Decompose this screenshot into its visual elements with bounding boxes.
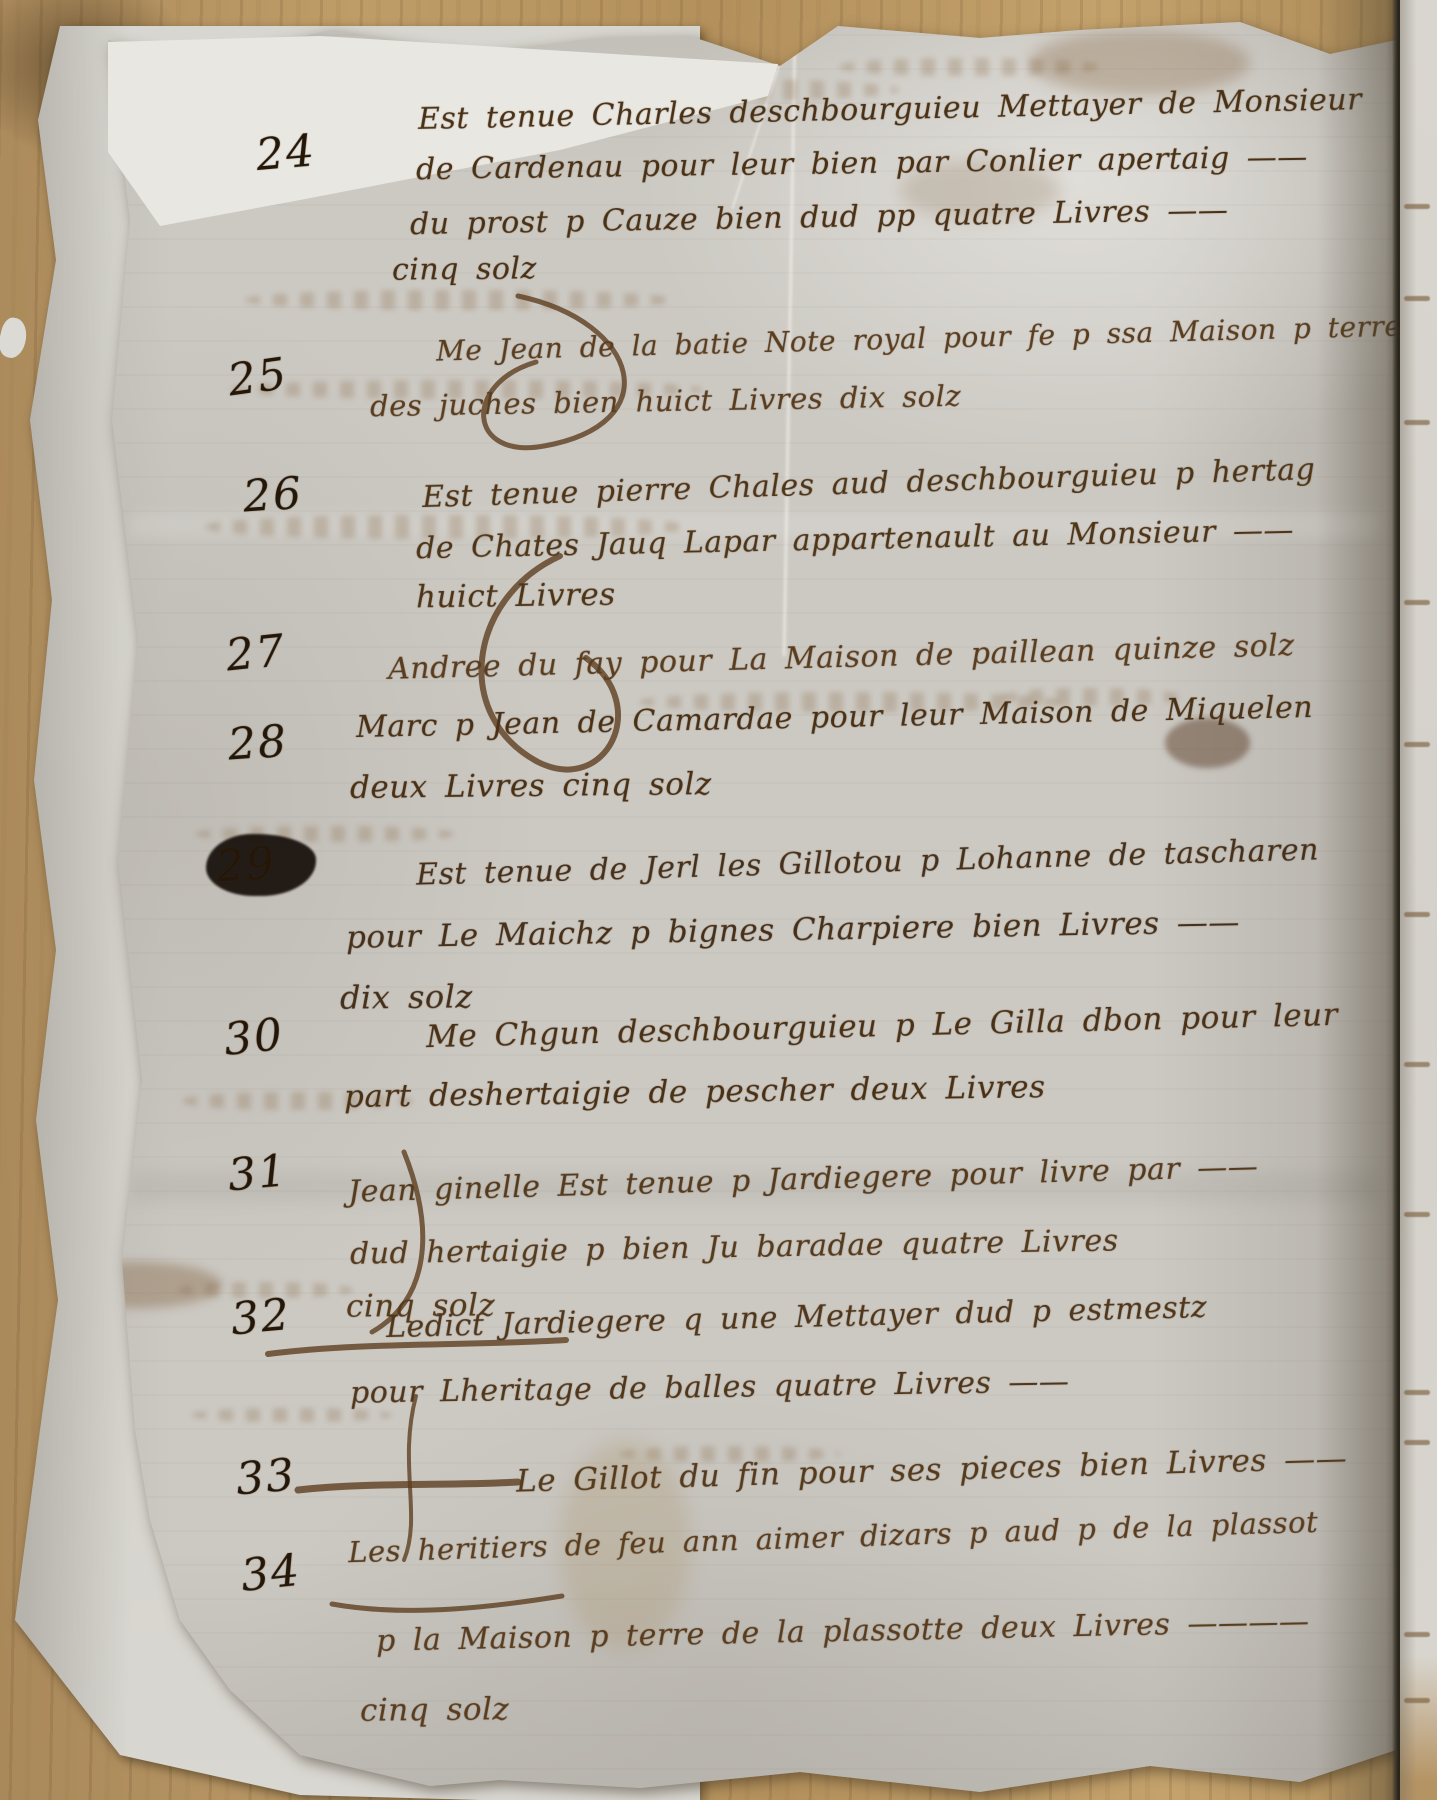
margin-ink-tick [1404,420,1430,425]
margin-ink-tick [1404,296,1430,301]
entry-number: 30 [221,1009,286,1066]
entry-line: cinq solz [360,1691,510,1729]
entry-number: 25 [225,348,292,407]
margin-ink-tick [1404,204,1430,209]
entry-number: 31 [226,1145,290,1201]
margin-ink-tick [1404,1062,1430,1067]
entry-number: 33 [234,1449,298,1505]
entry-number: 27 [223,625,288,682]
entry-number: 29 [214,838,277,893]
margin-ink-tick [1404,912,1430,917]
flourish-sweep-entry-34 [332,1596,562,1610]
entry-line: cinq solz [392,251,537,287]
entry-number: 34 [238,1545,303,1602]
margin-ink-tick [1404,1390,1430,1395]
manuscript-photo: 24Est tenue Charles deschbourguieu Metta… [0,0,1437,1800]
ink-dash-entry-33 [298,1482,518,1490]
entry-line: deux Livres cinq solz [350,766,712,806]
entry-number: 32 [229,1289,293,1345]
flourish-loop-entry-24 [484,296,625,448]
entry-line: dix solz [340,977,473,1016]
adjacent-page-edge [1400,0,1437,1800]
margin-ink-tick [1404,1440,1430,1445]
entry-number: 26 [241,468,304,523]
entry-number: 28 [226,716,289,771]
entry-line: huict Livres [416,577,616,616]
margin-ink-tick [1404,1212,1430,1217]
binding-gutter-shadow [1316,0,1398,1800]
margin-ink-tick [1404,742,1430,747]
entry-number: 24 [254,125,318,181]
margin-ink-tick [1404,600,1430,605]
margin-ink-tick [1404,1632,1430,1637]
margin-ink-tick [1404,1698,1430,1703]
